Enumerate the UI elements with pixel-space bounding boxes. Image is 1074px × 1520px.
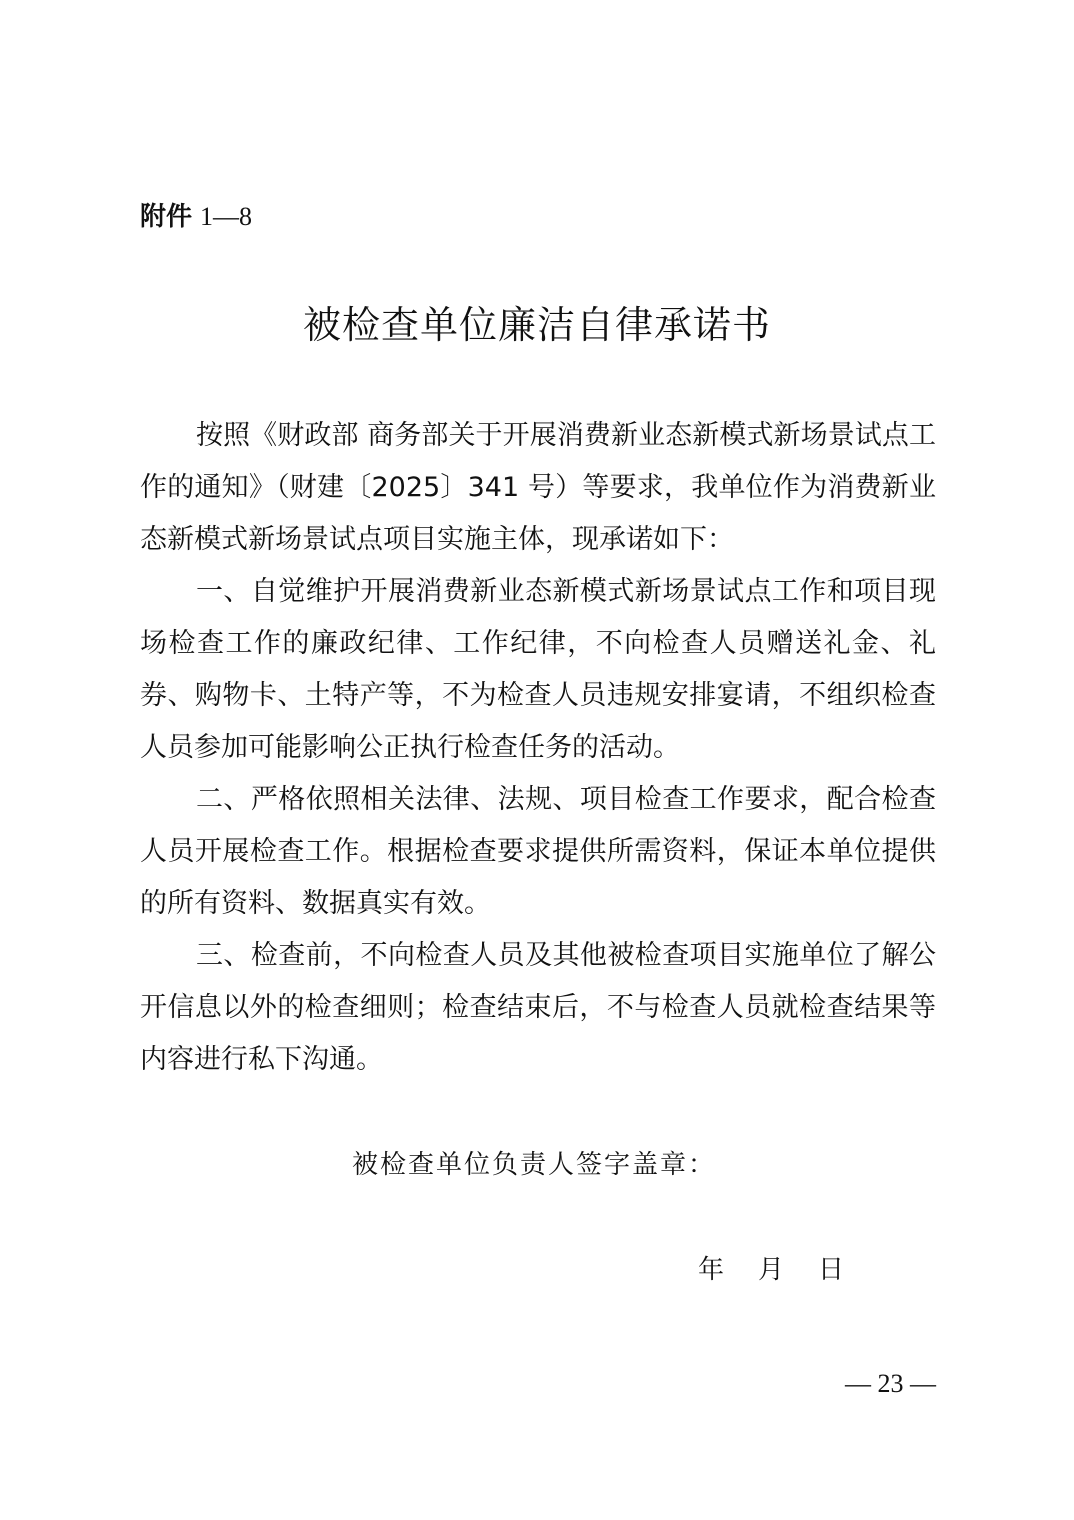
date-month: 月 [758, 1250, 818, 1290]
page-number: — 23 — [845, 1366, 936, 1402]
attachment-number: 1—8 [200, 202, 252, 231]
document-title: 被检查单位廉洁自律承诺书 [0, 300, 1074, 350]
commitment-paragraph-3: 三、检查前，不向检查人员及其他被检查项目实施单位了解公开信息以外的检查细则；检查… [140, 930, 936, 1086]
commitment-paragraph-2: 二、严格依照相关法律、法规、项目检查工作要求，配合检查人员开展检查工作。根据检查… [140, 774, 936, 930]
date-year: 年 [698, 1250, 758, 1290]
commitment-paragraph-1: 一、自觉维护开展消费新业态新模式新场景试点工作和项目现场检查工作的廉政纪律、工作… [140, 566, 936, 774]
intro-paragraph: 按照《财政部 商务部关于开展消费新业态新模式新场景试点工作的通知》（财建〔202… [140, 410, 936, 566]
date-line: 年月日 [698, 1250, 878, 1290]
attachment-label: 附件1—8 [140, 199, 252, 235]
date-day: 日 [818, 1250, 878, 1290]
signature-label: 被检查单位负责人签字盖章： [352, 1145, 716, 1185]
attachment-prefix: 附件 [140, 202, 192, 232]
document-body: 按照《财政部 商务部关于开展消费新业态新模式新场景试点工作的通知》（财建〔202… [140, 410, 936, 1086]
